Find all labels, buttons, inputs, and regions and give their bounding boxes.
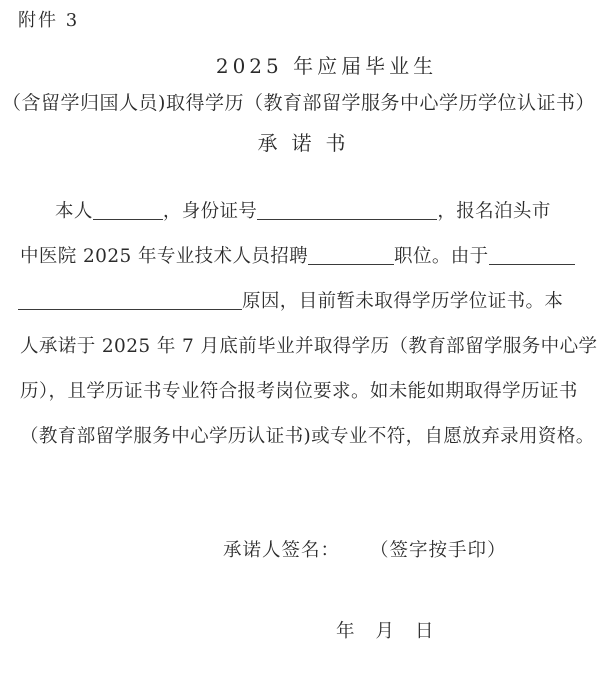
body-line-1-text-2: ，身份证号	[163, 201, 258, 222]
body-line-4: 人承诺于 2025 年 7 月底前毕业并取得学历（教育部留学服务中心学	[20, 324, 582, 369]
position-blank	[308, 246, 394, 266]
body-paragraph: 本人，身份证号，报名泊头市 中医院 2025 年专业技术人员招聘职位。由于 原因…	[20, 189, 582, 459]
title-line-1: 2025 年应届毕业生	[28, 50, 597, 79]
body-line-1: 本人，身份证号，报名泊头市	[20, 189, 582, 234]
attachment-label: 附件 3	[18, 6, 79, 32]
signature-line: 承诺人签名：（签字按手印）	[223, 536, 507, 562]
signature-label: 承诺人签名：	[223, 540, 340, 561]
reason-blank-1	[489, 246, 575, 266]
body-line-3-text-1: 原因，目前暂未取得学历学位证书。本	[242, 291, 563, 312]
date-month-label: 月	[376, 621, 395, 642]
date-day-label: 日	[415, 621, 434, 642]
body-line-2-text-1: 中医院 2025 年专业技术人员招聘	[20, 246, 308, 267]
body-line-1-text-3: ，报名泊头市	[437, 201, 550, 222]
title-line-2: （含留学归国人员)取得学历（教育部留学服务中心学历学位认证书）	[0, 88, 597, 115]
name-blank	[93, 201, 163, 221]
date-year-label: 年	[336, 621, 355, 642]
body-line-6: （教育部留学服务中心学历认证书)或专业不符，自愿放弃录用资格。	[20, 414, 582, 459]
title-line-3: 承诺书	[10, 127, 597, 156]
body-line-3: 原因，目前暂未取得学历学位证书。本	[20, 279, 582, 324]
reason-blank-2	[18, 291, 242, 311]
body-line-5: 历），且学历证书专业符合报考岗位要求。如未能如期取得学历证书	[20, 369, 582, 414]
commitment-letter-page: 附件 3 2025 年应届毕业生 （含留学归国人员)取得学历（教育部留学服务中心…	[0, 0, 597, 689]
date-line: 年月日	[336, 617, 434, 643]
body-line-1-text-1: 本人	[55, 201, 93, 222]
signature-note: （签字按手印）	[370, 540, 507, 561]
body-line-2-text-2: 职位。由于	[394, 246, 489, 267]
body-line-2: 中医院 2025 年专业技术人员招聘职位。由于	[20, 234, 582, 279]
id-number-blank	[257, 201, 437, 221]
